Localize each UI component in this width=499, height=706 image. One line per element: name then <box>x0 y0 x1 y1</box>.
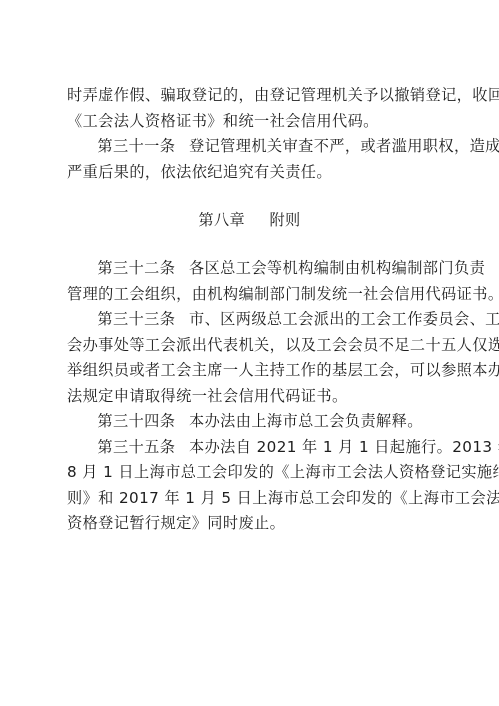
text-line: 管理的工会组织，由机构编制部门制发统一社会信用代码证书。 <box>67 282 439 308</box>
text-line: 严重后果的，依法依纪追究有关责任。 <box>67 160 439 186</box>
text-line: 会办事处等工会派出代表机关，以及工会会员不足二十五人仅选 <box>67 333 439 359</box>
text-line: 举组织员或者工会主席一人主持工作的基层工会，可以参照本办 <box>67 358 439 384</box>
article-32: 第三十二条各区总工会等机构编制由机构编制部门负责 管理的工会组织，由机构编制部门… <box>67 256 439 307</box>
article-label: 第三十二条 <box>97 259 175 277</box>
article-text: 各区总工会等机构编制由机构编制部门负责 <box>189 259 485 277</box>
text-line: 第三十三条市、区两级总工会派出的工会工作委员会、工 <box>67 307 439 333</box>
text-line: 则》和 2017 年 1 月 5 日上海市总工会印发的《上海市工会法人 <box>67 486 439 512</box>
document-page: 时弄虚作假、骗取登记的，由登记管理机关予以撤销登记，收回 《工会法人资格证书》和… <box>0 0 499 706</box>
text-line: 第三十四条本办法由上海市总工会负责解释。 <box>67 409 439 435</box>
article-text: 本办法自 2021 年 1 月 1 日起施行。2013 年 <box>189 438 499 456</box>
article-label: 第三十五条 <box>97 438 175 456</box>
article-34: 第三十四条本办法由上海市总工会负责解释。 <box>67 409 439 435</box>
chapter-number: 第八章 <box>198 211 245 229</box>
chapter-heading: 第八章附则 <box>0 208 499 232</box>
text-line: 第三十二条各区总工会等机构编制由机构编制部门负责 <box>67 256 439 282</box>
chapter-body: 第三十二条各区总工会等机构编制由机构编制部门负责 管理的工会组织，由机构编制部门… <box>67 256 439 537</box>
article-text: 市、区两级总工会派出的工会工作委员会、工 <box>189 310 499 328</box>
article-31: 第三十一条登记管理机关审查不严，或者滥用职权，造成 严重后果的，依法依纪追究有关… <box>67 134 439 185</box>
text-line: 第三十一条登记管理机关审查不严，或者滥用职权，造成 <box>67 134 439 160</box>
text-line: 第三十五条本办法自 2021 年 1 月 1 日起施行。2013 年 <box>67 435 439 461</box>
previous-article-continuation: 时弄虚作假、骗取登记的，由登记管理机关予以撤销登记，收回 《工会法人资格证书》和… <box>67 83 439 185</box>
article-33: 第三十三条市、区两级总工会派出的工会工作委员会、工 会办事处等工会派出代表机关，… <box>67 307 439 409</box>
article-text: 本办法由上海市总工会负责解释。 <box>189 412 423 430</box>
text-line: 《工会法人资格证书》和统一社会信用代码。 <box>67 109 439 135</box>
article-text: 登记管理机关审查不严，或者滥用职权，造成 <box>189 137 499 155</box>
article-35: 第三十五条本办法自 2021 年 1 月 1 日起施行。2013 年 8 月 1… <box>67 435 439 537</box>
article-label: 第三十三条 <box>97 310 175 328</box>
article-label: 第三十一条 <box>97 137 175 155</box>
text-line: 8 月 1 日上海市总工会印发的《上海市工会法人资格登记实施细 <box>67 460 439 486</box>
text-line: 时弄虚作假、骗取登记的，由登记管理机关予以撤销登记，收回 <box>67 83 439 109</box>
chapter-title: 附则 <box>269 211 300 229</box>
text-line: 资格登记暂行规定》同时废止。 <box>67 511 439 537</box>
article-label: 第三十四条 <box>97 412 175 430</box>
text-line: 法规定申请取得统一社会信用代码证书。 <box>67 384 439 410</box>
